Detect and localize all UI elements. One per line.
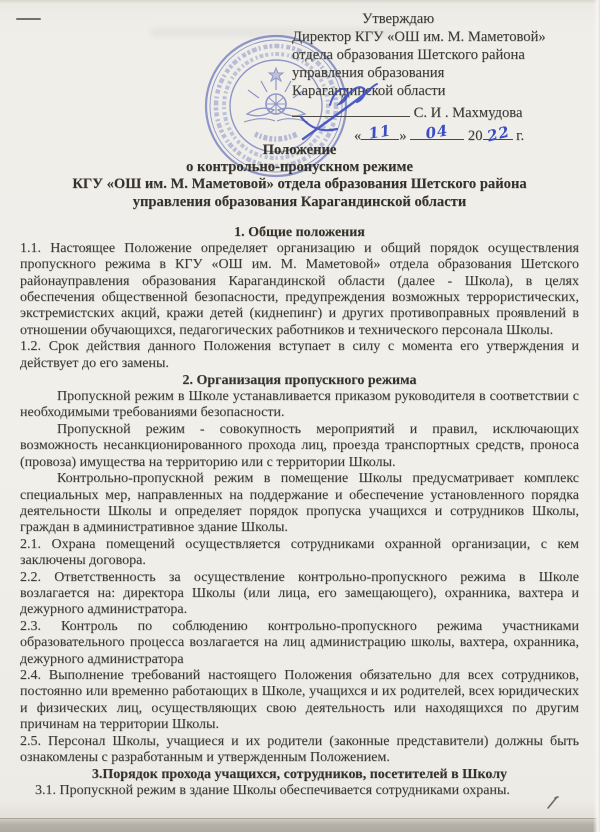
paragraph-2-3: 2.3. Контроль по соблюдению контрольно-п… (20, 619, 579, 668)
date-year-blank: 22 (483, 126, 513, 140)
document-body: Положение о контрольно-пропускном режиме… (20, 142, 579, 800)
approval-block: Утверждаю Директор КГУ «ОШ им. М. Мамето… (292, 10, 584, 145)
paragraph-2-2: 2.2. Ответственность за осуществление ко… (20, 570, 579, 619)
approval-line-3: управления образования (292, 64, 584, 82)
approval-line-4: Карагандинской области (292, 82, 584, 100)
approval-line-1: Директор КГУ «ОШ им. М. Маметовой» (292, 28, 584, 46)
paragraph-2-5: 2.5. Персонал Школы, учащиеся и их родит… (20, 734, 579, 767)
paragraph-1-1: 1.1. Настоящее Положение определяет орга… (20, 241, 579, 339)
signature-line (292, 103, 410, 117)
paragraph-1-2: 1.2. Срок действия данного Положения вст… (20, 339, 579, 372)
signer-name: С. И . Махмудова (414, 105, 523, 121)
title-line-4: управления образования Карагандинской об… (20, 194, 579, 211)
scanned-document-page: Утверждаю Директор КГУ «ОШ им. М. Мамето… (0, 0, 600, 832)
paragraph-2-b: Пропускной режим - совокупность мероприя… (20, 422, 579, 471)
document-title: Положение о контрольно-пропускном режиме… (20, 142, 579, 211)
paragraph-2-c: Контрольно-пропускной режим в помещение … (20, 471, 579, 537)
paragraph-2-4: 2.4. Выполнение требований настоящего По… (20, 668, 579, 734)
date-month-blank: 04 (410, 126, 464, 140)
date-day-blank: 11 (361, 126, 399, 140)
section-2-heading: 2. Организация пропускного режима (20, 372, 579, 389)
section-3-heading: 3.Порядок прохода учащихся, сотрудников,… (20, 766, 579, 783)
approve-word: Утверждаю (362, 10, 584, 28)
signature-row: С. И . Махмудова (292, 103, 584, 122)
handwritten-day: 11 (360, 120, 400, 144)
paragraph-2-a: Пропускной режим в Школе устанавливается… (20, 389, 579, 422)
scan-dash-artifact (16, 18, 41, 20)
approval-line-2: отдела образования Шетского района (292, 46, 584, 64)
title-line-1: Положение (20, 142, 579, 159)
section-1-heading: 1. Общие положения (20, 224, 579, 241)
title-line-3: КГУ «ОШ им. М. Маметовой» отдела образов… (20, 176, 579, 193)
paragraph-2-1: 2.1. Охрана помещений осуществляется сот… (20, 537, 579, 570)
title-line-2: о контрольно-пропускном режиме (20, 159, 579, 176)
paragraph-3-1: 3.1. Пропускной режим в здание Школы обе… (20, 783, 579, 799)
